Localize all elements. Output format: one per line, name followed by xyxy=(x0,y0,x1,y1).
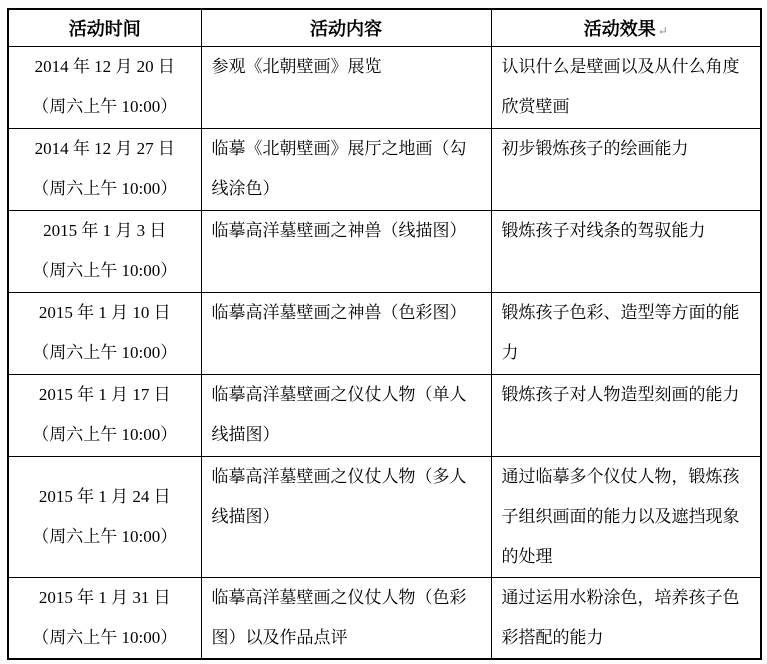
cell-activity-effect: 锻炼孩子对人物造型刻画的能力 xyxy=(491,374,761,456)
date-text: 2015 年 1 月 17 日 xyxy=(13,375,197,415)
content-text: 临摹高洋墓壁画之仪仗人物（单人线描图） xyxy=(212,375,483,455)
cell-activity-content: 参观《北朝壁画》展览 xyxy=(201,46,491,128)
table-row: 2015 年 1 月 17 日 （周六上午 10:00） 临摹高洋墓壁画之仪仗人… xyxy=(8,374,761,456)
content-text: 临摹高洋墓壁画之仪仗人物（多人线描图） xyxy=(212,457,483,537)
content-text: 参观《北朝壁画》展览 xyxy=(212,47,483,87)
content-text: 临摹高洋墓壁画之神兽（线描图） xyxy=(212,211,483,251)
cell-activity-content: 临摹高洋墓壁画之仪仗人物（单人线描图） xyxy=(201,374,491,456)
session-text: （周六上午 10:00） xyxy=(13,87,197,127)
date-text: 2015 年 1 月 3 日 xyxy=(13,211,197,251)
cell-activity-effect: 锻炼孩子色彩、造型等方面的能力 xyxy=(491,292,761,374)
paragraph-return-mark-icon: ↵ xyxy=(658,24,668,38)
table-row: 2015 年 1 月 31 日 （周六上午 10:00） 临摹高洋墓壁画之仪仗人… xyxy=(8,577,761,659)
cell-activity-time: 2015 年 1 月 24 日 （周六上午 10:00） xyxy=(8,456,201,577)
header-activity-content-label: 活动内容 xyxy=(310,19,382,39)
cell-activity-time: 2015 年 1 月 10 日 （周六上午 10:00） xyxy=(8,292,201,374)
cell-activity-effect: 初步锻炼孩子的绘画能力 xyxy=(491,128,761,210)
effect-text: 锻炼孩子色彩、造型等方面的能力 xyxy=(502,293,753,373)
cell-activity-time: 2015 年 1 月 31 日 （周六上午 10:00） xyxy=(8,577,201,659)
cell-activity-time: 2014 年 12 月 27 日 （周六上午 10:00） xyxy=(8,128,201,210)
cell-activity-content: 临摹高洋墓壁画之神兽（色彩图） xyxy=(201,292,491,374)
content-text: 临摹高洋墓壁画之神兽（色彩图） xyxy=(212,293,483,333)
session-text: （周六上午 10:00） xyxy=(13,333,197,373)
cell-activity-content: 临摹高洋墓壁画之神兽（线描图） xyxy=(201,210,491,292)
effect-text: 通过临摹多个仪仗人物，锻炼孩子组织画面的能力以及遮挡现象的处理 xyxy=(502,457,753,577)
date-text: 2015 年 1 月 24 日 xyxy=(13,477,197,517)
content-text: 临摹高洋墓壁画之仪仗人物（色彩图）以及作品点评 xyxy=(212,578,483,658)
effect-text: 通过运用水粉涂色，培养孩子色彩搭配的能力 xyxy=(502,578,753,658)
cell-activity-time: 2014 年 12 月 20 日 （周六上午 10:00） xyxy=(8,46,201,128)
session-text: （周六上午 10:00） xyxy=(13,618,197,658)
date-text: 2015 年 1 月 10 日 xyxy=(13,293,197,333)
cell-activity-effect: 认识什么是壁画以及从什么角度欣赏壁画 xyxy=(491,46,761,128)
header-activity-content: 活动内容 xyxy=(201,9,491,46)
cell-activity-content: 临摹高洋墓壁画之仪仗人物（色彩图）以及作品点评 xyxy=(201,577,491,659)
cell-activity-effect: 通过临摹多个仪仗人物，锻炼孩子组织画面的能力以及遮挡现象的处理 xyxy=(491,456,761,577)
date-text: 2014 年 12 月 20 日 xyxy=(13,47,197,87)
header-activity-effect-label: 活动效果 xyxy=(584,19,656,39)
session-text: （周六上午 10:00） xyxy=(13,415,197,455)
effect-text: 认识什么是壁画以及从什么角度欣赏壁画 xyxy=(502,47,753,127)
header-row: 活动时间 活动内容 活动效果↵ xyxy=(8,9,761,46)
cell-activity-content: 临摹高洋墓壁画之仪仗人物（多人线描图） xyxy=(201,456,491,577)
session-text: （周六上午 10:00） xyxy=(13,517,197,557)
date-text: 2015 年 1 月 31 日 xyxy=(13,578,197,618)
session-text: （周六上午 10:00） xyxy=(13,251,197,291)
header-activity-time-label: 活动时间 xyxy=(69,19,141,39)
effect-text: 初步锻炼孩子的绘画能力 xyxy=(502,129,753,169)
content-text: 临摹《北朝壁画》展厅之地画（勾线涂色） xyxy=(212,129,483,209)
header-activity-time: 活动时间 xyxy=(8,9,201,46)
table-row: 2015 年 1 月 24 日 （周六上午 10:00） 临摹高洋墓壁画之仪仗人… xyxy=(8,456,761,577)
table-row: 2014 年 12 月 27 日 （周六上午 10:00） 临摹《北朝壁画》展厅… xyxy=(8,128,761,210)
table-row: 2014 年 12 月 20 日 （周六上午 10:00） 参观《北朝壁画》展览… xyxy=(8,46,761,128)
table-row: 2015 年 1 月 3 日 （周六上午 10:00） 临摹高洋墓壁画之神兽（线… xyxy=(8,210,761,292)
header-activity-effect: 活动效果↵ xyxy=(491,9,761,46)
effect-text: 锻炼孩子对线条的驾驭能力 xyxy=(502,211,753,251)
date-text: 2014 年 12 月 27 日 xyxy=(13,129,197,169)
table-row: 2015 年 1 月 10 日 （周六上午 10:00） 临摹高洋墓壁画之神兽（… xyxy=(8,292,761,374)
effect-text: 锻炼孩子对人物造型刻画的能力 xyxy=(502,375,753,415)
session-text: （周六上午 10:00） xyxy=(13,169,197,209)
cell-activity-effect: 锻炼孩子对线条的驾驭能力 xyxy=(491,210,761,292)
activity-schedule-table: 活动时间 活动内容 活动效果↵ 2014 年 12 月 20 日 （周六上午 1… xyxy=(7,8,762,660)
cell-activity-content: 临摹《北朝壁画》展厅之地画（勾线涂色） xyxy=(201,128,491,210)
cell-activity-effect: 通过运用水粉涂色，培养孩子色彩搭配的能力 xyxy=(491,577,761,659)
cell-activity-time: 2015 年 1 月 17 日 （周六上午 10:00） xyxy=(8,374,201,456)
cell-activity-time: 2015 年 1 月 3 日 （周六上午 10:00） xyxy=(8,210,201,292)
